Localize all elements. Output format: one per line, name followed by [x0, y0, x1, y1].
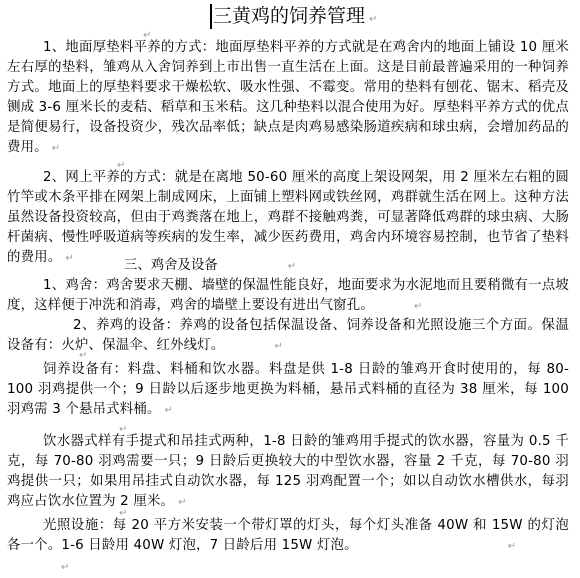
- paragraph-mark-icon: ↵: [274, 341, 283, 352]
- paragraph-floor-litter[interactable]: 1、地面厚垫料平养的方式：地面厚垫料平养的方式就是在鸡舍内的地面上铺设 10 厘…: [7, 38, 569, 159]
- section-heading-housing[interactable]: 三、鸡舍及设备↵: [124, 256, 296, 277]
- document-title-line[interactable]: 三黄鸡的饲养管理↵: [213, 4, 377, 28]
- paragraph-text: 2、网上平养的方式：就是在离地 50-60 厘米的高度上架设网架，用 2 厘米左…: [7, 170, 569, 265]
- paragraph-text: 2、养鸡的设备：养鸡的设备包括保温设备、饲养设备和光照设施三个方面。保温设备有：…: [7, 318, 569, 353]
- paragraph-text: 饮水器式样有手提式和吊挂式两种，1-8 日龄的雏鸡用手提式的饮水器，容量为 0.…: [7, 434, 569, 509]
- paragraph-text: 1、地面厚垫料平养的方式：地面厚垫料平养的方式就是在鸡舍内的地面上铺设 10 厘…: [7, 40, 569, 155]
- paragraph-equipment[interactable]: 2、养鸡的设备：养鸡的设备包括保温设备、饲养设备和光照设施三个方面。保温设备有：…: [7, 316, 569, 357]
- paragraph-mark-icon: ↵: [165, 405, 174, 416]
- cut-off-paragraph: [7, 572, 569, 578]
- document-title: 三黄鸡的饲养管理: [213, 5, 365, 27]
- paragraph-text: 饲养设备有：料盘、料桶和饮水器。料盘是供 1-8 日龄的雏鸡开食时使用的，每 8…: [7, 362, 569, 417]
- paragraph-net-rearing[interactable]: 2、网上平养的方式：就是在离地 50-60 厘米的高度上架设网架，用 2 厘米左…: [7, 168, 569, 269]
- paragraph-feeding-equipment[interactable]: 饲养设备有：料盘、料桶和饮水器。料盘是供 1-8 日龄的雏鸡开食时使用的，每 8…: [7, 360, 569, 421]
- paragraph-mark-icon: ↵: [65, 253, 74, 264]
- paragraph-mark-icon: ↵: [178, 497, 187, 508]
- text-cursor: [210, 4, 212, 29]
- paragraph-mark-icon: ↵: [288, 261, 296, 272]
- paragraph-text: 1、鸡舍：鸡舍要求天棚、墙壁的保温性能良好，地面要求为水泥地而且要稍微有一点坡度…: [7, 278, 569, 313]
- paragraph-mark-icon: ↵: [52, 143, 61, 154]
- paragraph-text: 光照设施：每 20 平方米安装一个带灯罩的灯头，每个灯头准备 40W 和 15W…: [7, 518, 569, 553]
- section-heading-text: 三、鸡舍及设备: [124, 258, 218, 273]
- paragraph-chicken-house[interactable]: 1、鸡舍：鸡舍要求天棚、墙壁的保温性能良好，地面要求为水泥地而且要稍微有一点坡度…: [7, 276, 569, 317]
- paragraph-lighting[interactable]: 光照设施：每 20 平方米安装一个带灯罩的灯头，每个灯头准备 40W 和 15W…: [7, 516, 569, 557]
- paragraph-mark-icon: ↵: [369, 14, 377, 25]
- paragraph-drinkers[interactable]: 饮水器式样有手提式和吊挂式两种，1-8 日龄的雏鸡用手提式的饮水器，容量为 0.…: [7, 432, 569, 513]
- paragraph-mark-icon: ↵: [414, 301, 423, 312]
- paragraph-mark-icon: ↵: [508, 541, 517, 552]
